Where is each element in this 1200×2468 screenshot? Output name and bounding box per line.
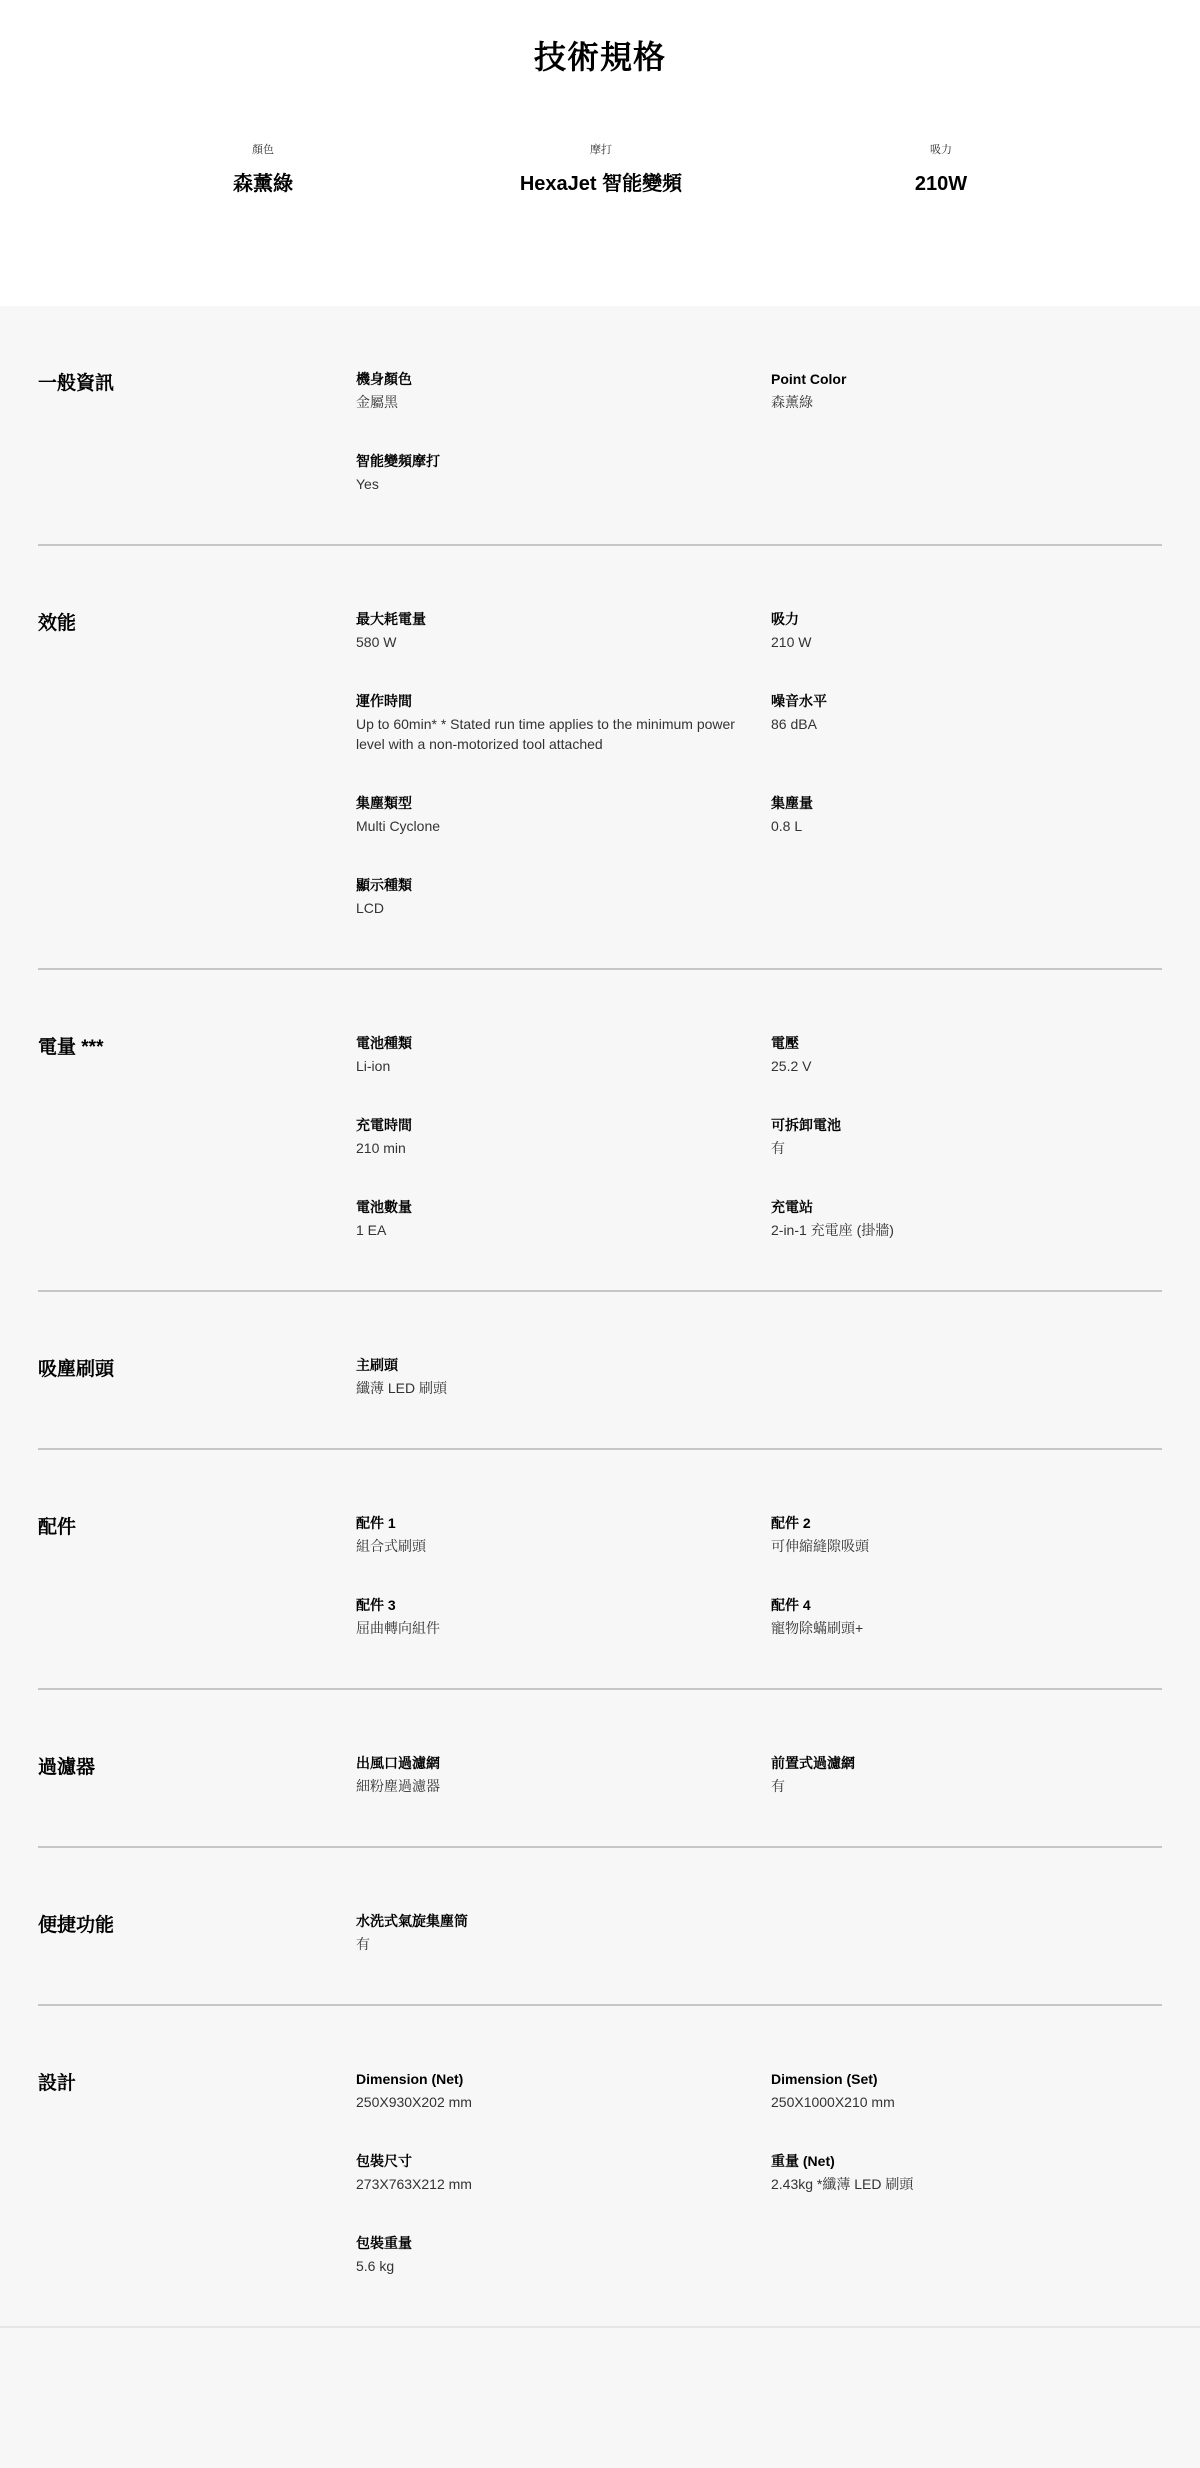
spec-label: 集塵類型 bbox=[356, 792, 771, 814]
spec-value: 有 bbox=[356, 1934, 771, 1954]
spec-item: 前置式過濾網有 bbox=[771, 1752, 1162, 1796]
spec-item: 運作時間Up to 60min* * Stated run time appli… bbox=[356, 690, 771, 754]
spec-label: 出風口過濾網 bbox=[356, 1752, 771, 1774]
spec-grid: 電池種類Li-ion 電壓25.2 V 充電時間210 min 可拆卸電池有 電… bbox=[356, 1032, 1162, 1240]
spec-value: 寵物除蟎刷頭+ bbox=[771, 1618, 1162, 1638]
spec-item: 最大耗電量580 W bbox=[356, 608, 771, 652]
spec-label: 充電站 bbox=[771, 1196, 1162, 1218]
spec-label: 噪音水平 bbox=[771, 690, 1162, 712]
spec-label: 前置式過濾網 bbox=[771, 1752, 1162, 1774]
spec-value: 5.6 kg bbox=[356, 2256, 771, 2276]
spec-value: Up to 60min* * Stated run time applies t… bbox=[356, 714, 771, 754]
spec-value: 森薰綠 bbox=[771, 392, 1162, 412]
spec-label: 吸力 bbox=[771, 608, 1162, 630]
spec-value: 屈曲轉向組件 bbox=[356, 1618, 771, 1638]
spec-label: 包裝重量 bbox=[356, 2232, 771, 2254]
spec-label: 配件 3 bbox=[356, 1594, 771, 1616]
spec-value: 纖薄 LED 刷頭 bbox=[356, 1378, 771, 1398]
spec-label: 配件 1 bbox=[356, 1512, 771, 1534]
highlight-value: HexaJet 智能變頻 bbox=[421, 170, 781, 198]
spec-label: Dimension (Net) bbox=[356, 2068, 771, 2090]
spec-label: 充電時間 bbox=[356, 1114, 771, 1136]
spec-header: 技術規格 顏色 森薰綠 摩打 HexaJet 智能變頻 吸力 210W bbox=[0, 0, 1200, 306]
spec-label: 重量 (Net) bbox=[771, 2150, 1162, 2172]
section-battery: 電量 *** 電池種類Li-ion 電壓25.2 V 充電時間210 min 可… bbox=[38, 970, 1162, 1292]
section-title: 配件 bbox=[38, 1512, 356, 1638]
footer-spacer bbox=[0, 2328, 1200, 2390]
spec-item: 充電時間210 min bbox=[356, 1114, 771, 1158]
spec-value: 2.43kg *纖薄 LED 刷頭 bbox=[771, 2174, 1162, 2194]
spec-label: Dimension (Set) bbox=[771, 2068, 1162, 2090]
spec-label: 主刷頭 bbox=[356, 1354, 771, 1376]
section-general-info: 一般資訊 機身顏色金屬黑 Point Color森薰綠 智能變頻摩打Yes bbox=[38, 306, 1162, 546]
spec-value: 有 bbox=[771, 1138, 1162, 1158]
spec-grid: 主刷頭纖薄 LED 刷頭 bbox=[356, 1354, 1162, 1398]
highlight-label: 顏色 bbox=[83, 140, 443, 160]
spec-label: 配件 2 bbox=[771, 1512, 1162, 1534]
spec-sections: 一般資訊 機身顏色金屬黑 Point Color森薰綠 智能變頻摩打Yes 效能… bbox=[0, 306, 1200, 2326]
spec-item: Point Color森薰綠 bbox=[771, 368, 1162, 412]
spec-item: 電池種類Li-ion bbox=[356, 1032, 771, 1076]
spec-label: 運作時間 bbox=[356, 690, 771, 712]
spec-grid: 最大耗電量580 W 吸力210 W 運作時間Up to 60min* * St… bbox=[356, 608, 1162, 918]
spec-label: 配件 4 bbox=[771, 1594, 1162, 1616]
spec-item: 配件 2可伸縮縫隙吸頭 bbox=[771, 1512, 1162, 1556]
section-title: 一般資訊 bbox=[38, 368, 356, 494]
spec-grid: 配件 1組合式刷頭 配件 2可伸縮縫隙吸頭 配件 3屈曲轉向組件 配件 4寵物除… bbox=[356, 1512, 1162, 1638]
spec-item: 充電站2-in-1 充電座 (掛牆) bbox=[771, 1196, 1162, 1240]
spec-item: 可拆卸電池有 bbox=[771, 1114, 1162, 1158]
spec-item: Dimension (Set)250X1000X210 mm bbox=[771, 2068, 1162, 2112]
spec-item: 噪音水平86 dBA bbox=[771, 690, 1162, 754]
spec-value: 可伸縮縫隙吸頭 bbox=[771, 1536, 1162, 1556]
spec-label: 包裝尺寸 bbox=[356, 2150, 771, 2172]
spec-value: 2-in-1 充電座 (掛牆) bbox=[771, 1220, 1162, 1240]
section-title: 便捷功能 bbox=[38, 1910, 356, 1954]
spec-label: 智能變頻摩打 bbox=[356, 450, 771, 472]
section-brush-head: 吸塵刷頭 主刷頭纖薄 LED 刷頭 bbox=[38, 1292, 1162, 1450]
spec-item: 集塵類型Multi Cyclone bbox=[356, 792, 771, 836]
spec-label: 電池種類 bbox=[356, 1032, 771, 1054]
spec-label: Point Color bbox=[771, 368, 1162, 390]
section-design: 設計 Dimension (Net)250X930X202 mm Dimensi… bbox=[38, 2006, 1162, 2326]
section-accessories: 配件 配件 1組合式刷頭 配件 2可伸縮縫隙吸頭 配件 3屈曲轉向組件 配件 4… bbox=[38, 1450, 1162, 1690]
spec-item: 顯示種類LCD bbox=[356, 874, 771, 918]
spec-grid: 機身顏色金屬黑 Point Color森薰綠 智能變頻摩打Yes bbox=[356, 368, 1162, 494]
spec-item: 智能變頻摩打Yes bbox=[356, 450, 771, 494]
spec-value: 580 W bbox=[356, 632, 771, 652]
spec-value: LCD bbox=[356, 898, 771, 918]
section-title: 效能 bbox=[38, 608, 356, 918]
section-filter: 過濾器 出風口過濾網細粉塵過濾器 前置式過濾網有 bbox=[38, 1690, 1162, 1848]
spec-value: Multi Cyclone bbox=[356, 816, 771, 836]
spec-value: 250X1000X210 mm bbox=[771, 2092, 1162, 2112]
spec-label: 可拆卸電池 bbox=[771, 1114, 1162, 1136]
spec-grid: 出風口過濾網細粉塵過濾器 前置式過濾網有 bbox=[356, 1752, 1162, 1796]
spec-item: 配件 3屈曲轉向組件 bbox=[356, 1594, 771, 1638]
spec-label: 集塵量 bbox=[771, 792, 1162, 814]
spec-label: 水洗式氣旋集塵筒 bbox=[356, 1910, 771, 1932]
spec-item: 包裝尺寸273X763X212 mm bbox=[356, 2150, 771, 2194]
spec-grid: 水洗式氣旋集塵筒有 bbox=[356, 1910, 1162, 1954]
spec-value: 組合式刷頭 bbox=[356, 1536, 771, 1556]
spec-item: 包裝重量5.6 kg bbox=[356, 2232, 771, 2276]
spec-value: 細粉塵過濾器 bbox=[356, 1776, 771, 1796]
highlight-motor: 摩打 HexaJet 智能變頻 bbox=[421, 140, 781, 198]
spec-value: Yes bbox=[356, 474, 771, 494]
highlight-label: 吸力 bbox=[761, 140, 1121, 160]
section-convenience: 便捷功能 水洗式氣旋集塵筒有 bbox=[38, 1848, 1162, 2006]
spec-value: 有 bbox=[771, 1776, 1162, 1796]
spec-value: 0.8 L bbox=[771, 816, 1162, 836]
spec-value: 25.2 V bbox=[771, 1056, 1162, 1076]
spec-item: 出風口過濾網細粉塵過濾器 bbox=[356, 1752, 771, 1796]
spec-value: 210 min bbox=[356, 1138, 771, 1158]
highlight-suction: 吸力 210W bbox=[761, 140, 1121, 198]
spec-item: 主刷頭纖薄 LED 刷頭 bbox=[356, 1354, 771, 1398]
spec-item: 電池數量1 EA bbox=[356, 1196, 771, 1240]
section-title: 電量 *** bbox=[38, 1032, 356, 1240]
spec-item: 重量 (Net)2.43kg *纖薄 LED 刷頭 bbox=[771, 2150, 1162, 2194]
spec-label: 電池數量 bbox=[356, 1196, 771, 1218]
section-performance: 效能 最大耗電量580 W 吸力210 W 運作時間Up to 60min* *… bbox=[38, 546, 1162, 970]
spec-label: 機身顏色 bbox=[356, 368, 771, 390]
section-title: 設計 bbox=[38, 2068, 356, 2276]
spec-value: 金屬黑 bbox=[356, 392, 771, 412]
highlight-value: 210W bbox=[761, 170, 1121, 198]
page-title: 技術規格 bbox=[0, 32, 1200, 78]
spec-value: Li-ion bbox=[356, 1056, 771, 1076]
spec-value: 86 dBA bbox=[771, 714, 1162, 734]
highlight-label: 摩打 bbox=[421, 140, 781, 160]
spec-value: 1 EA bbox=[356, 1220, 771, 1240]
spec-item: 配件 4寵物除蟎刷頭+ bbox=[771, 1594, 1162, 1638]
spec-item: 配件 1組合式刷頭 bbox=[356, 1512, 771, 1556]
spec-label: 電壓 bbox=[771, 1032, 1162, 1054]
section-title: 過濾器 bbox=[38, 1752, 356, 1796]
spec-item: Dimension (Net)250X930X202 mm bbox=[356, 2068, 771, 2112]
spec-grid: Dimension (Net)250X930X202 mm Dimension … bbox=[356, 2068, 1162, 2276]
spec-item: 吸力210 W bbox=[771, 608, 1162, 652]
spec-item: 機身顏色金屬黑 bbox=[356, 368, 771, 412]
spec-item: 電壓25.2 V bbox=[771, 1032, 1162, 1076]
spec-value: 210 W bbox=[771, 632, 1162, 652]
spec-label: 顯示種類 bbox=[356, 874, 771, 896]
highlight-value: 森薰綠 bbox=[83, 170, 443, 198]
spec-value: 273X763X212 mm bbox=[356, 2174, 771, 2194]
spec-value: 250X930X202 mm bbox=[356, 2092, 771, 2112]
spec-item: 水洗式氣旋集塵筒有 bbox=[356, 1910, 771, 1954]
spec-label: 最大耗電量 bbox=[356, 608, 771, 630]
highlight-color: 顏色 森薰綠 bbox=[83, 140, 443, 198]
section-title: 吸塵刷頭 bbox=[38, 1354, 356, 1398]
spec-item: 集塵量0.8 L bbox=[771, 792, 1162, 836]
